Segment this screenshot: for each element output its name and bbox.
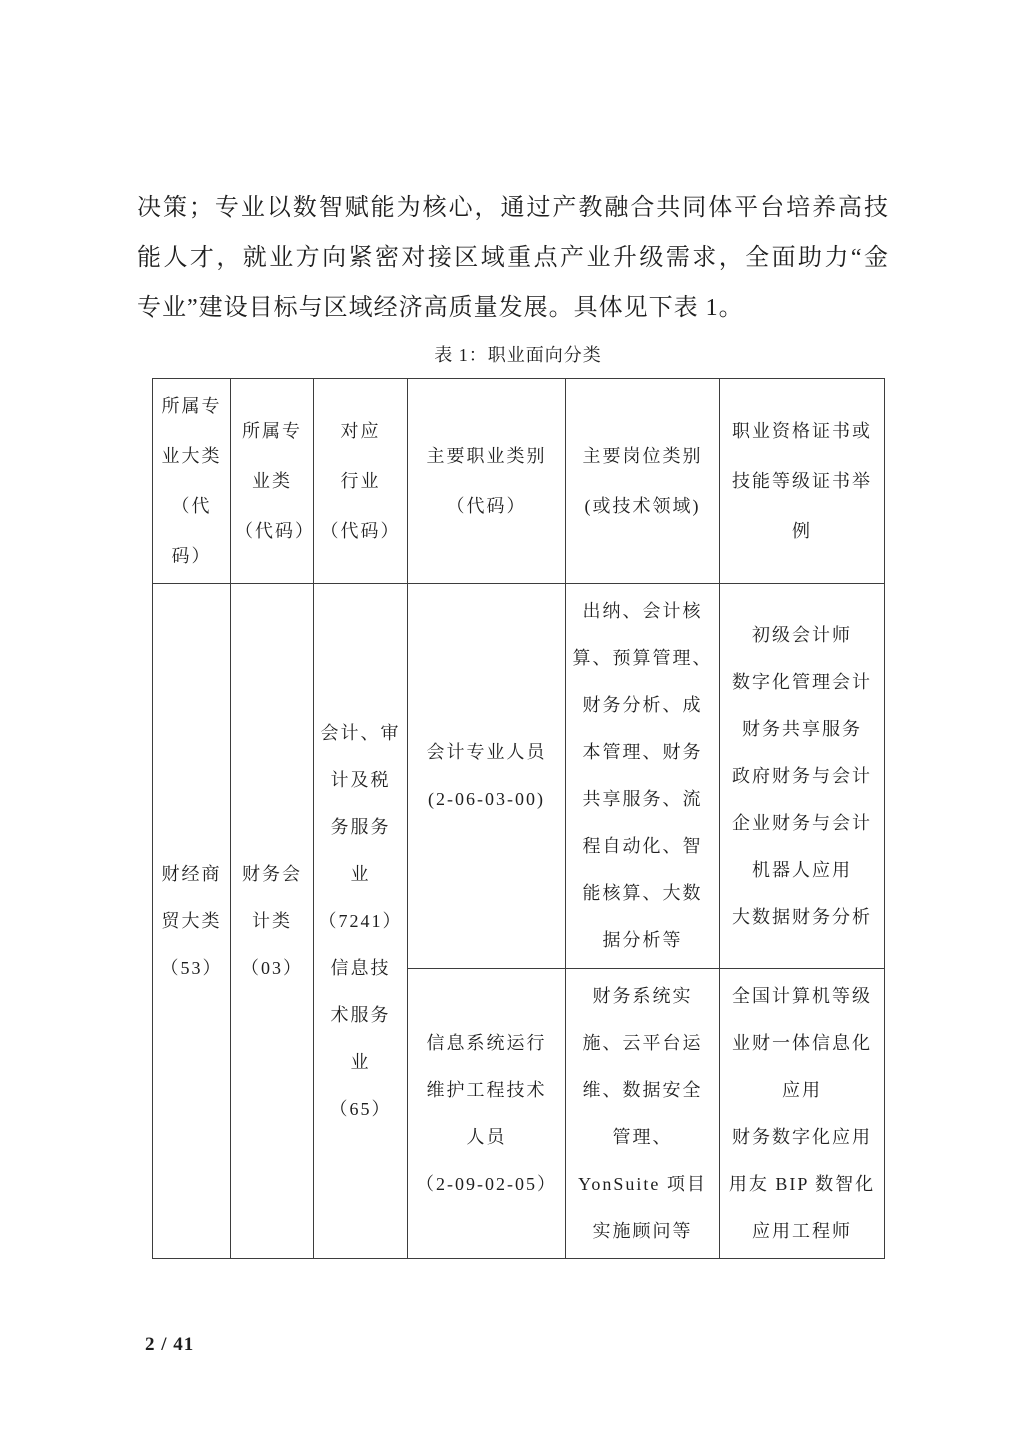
cell-occupation-it-systems: 信息系统运行 维护工程技术 人员 （2-09-02-05）: [408, 969, 566, 1259]
document-page: 决策；专业以数智赋能为核心，通过产教融合共同体平台培养高技 能人才，就业方向紧密…: [0, 0, 1024, 1448]
cell-major-category: 财经商 贸大类 （53）: [153, 584, 231, 1259]
table-header-row: 所属专 业大类 （代码） 所属专 业类 （代码） 对应 行业 （代码） 主要职业…: [153, 379, 885, 584]
table-row: 财经商 贸大类 （53） 财务会 计类 （03） 会计、审 计及税 务服务 业 …: [153, 584, 885, 969]
header-subcategory: 所属专 业类 （代码）: [231, 379, 314, 584]
header-positions: 主要岗位类别 (或技术领域): [566, 379, 720, 584]
cell-positions-accounting: 出纳、会计核 算、预算管理、 财务分析、成 本管理、财务 共享服务、流 程自动化…: [566, 584, 720, 969]
cell-industry: 会计、审 计及税 务服务 业 （7241） 信息技 术服务 业 （65）: [314, 584, 408, 1259]
header-certificates: 职业资格证书或 技能等级证书举 例: [720, 379, 885, 584]
header-major-category: 所属专 业大类 （代码）: [153, 379, 231, 584]
cell-subcategory: 财务会 计类 （03）: [231, 584, 314, 1259]
header-industry: 对应 行业 （代码）: [314, 379, 408, 584]
table-title: 表 1：职业面向分类: [152, 341, 884, 367]
paragraph-line-3: 专业”建设目标与区域经济高质量发展。具体见下表 1。: [137, 283, 889, 333]
body-paragraph: 决策；专业以数智赋能为核心，通过产教融合共同体平台培养高技 能人才，就业方向紧密…: [137, 183, 889, 333]
cell-certificates-accounting: 初级会计师 数字化管理会计 财务共享服务 政府财务与会计 企业财务与会计 机器人…: [720, 584, 885, 969]
cell-occupation-accounting: 会计专业人员 (2-06-03-00): [408, 584, 566, 969]
career-orientation-table: 所属专 业大类 （代码） 所属专 业类 （代码） 对应 行业 （代码） 主要职业…: [152, 378, 885, 1259]
cell-positions-it-systems: 财务系统实 施、云平台运 维、数据安全 管理、 YonSuite 项目 实施顾问…: [566, 969, 720, 1259]
paragraph-line-2: 能人才，就业方向紧密对接区域重点产业升级需求，全面助力“金: [137, 233, 889, 283]
cell-certificates-it-systems: 全国计算机等级 业财一体信息化 应用 财务数字化应用 用友 BIP 数智化 应用…: [720, 969, 885, 1259]
paragraph-line-1: 决策；专业以数智赋能为核心，通过产教融合共同体平台培养高技: [137, 183, 889, 233]
page-number: 2 / 41: [145, 1334, 194, 1356]
header-occupation: 主要职业类别 （代码）: [408, 379, 566, 584]
